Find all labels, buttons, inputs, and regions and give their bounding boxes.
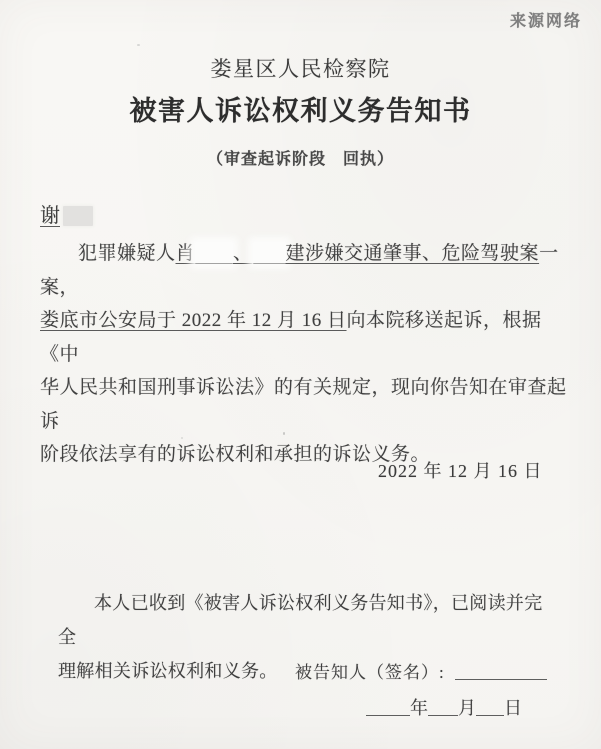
- receipt-line-1: 本人已收到《被害人诉讼权利义务告知书》，已阅读并完全: [58, 586, 558, 654]
- addressee-surname: 谢: [40, 205, 60, 227]
- body-paragraph: 犯罪嫌疑人肖、建涉嫌交通肇事、危险驾驶案一案， 娄底市公安局于 2022 年 1…: [40, 237, 572, 472]
- document-subtitle: （审查起诉阶段 回执）: [0, 146, 601, 169]
- signature-line: 被告知人（签名）:: [295, 658, 547, 683]
- issuing-authority: 娄星区人民检察院: [0, 53, 601, 83]
- addressee-line: 谢: [40, 204, 93, 228]
- suspect1-surname: 肖: [176, 243, 196, 264]
- month-label: 月: [458, 698, 476, 718]
- addressee-name-redaction: [63, 206, 93, 226]
- year-label: 年: [410, 698, 428, 718]
- day-blank: [476, 700, 504, 716]
- body-text: 犯罪嫌疑人: [78, 243, 176, 264]
- source-watermark: 来源网络: [510, 8, 582, 31]
- suspect1-name-redaction: [195, 242, 233, 264]
- body-line-3: 华人民共和国刑事诉讼法》的有关规定，现向你告知在审查起诉: [40, 371, 572, 438]
- date-blank-line: 年月日: [366, 694, 522, 720]
- charge-text: 建涉嫌交通肇事、危险驾驶案: [286, 243, 540, 264]
- suspect2-name-redaction: [253, 242, 286, 264]
- signature-label: 被告知人（签名）:: [295, 663, 445, 682]
- scan-speck: [181, 437, 183, 439]
- document-title: 被害人诉讼权利义务告知书: [0, 89, 601, 128]
- suspect-separator: 、: [233, 243, 253, 264]
- signature-blank: [455, 664, 547, 680]
- receipt-text: 本人已收到《被害人诉讼权利义务告知书》，已阅读并完全: [58, 593, 543, 647]
- day-label: 日: [504, 698, 522, 718]
- scan-speck: [137, 44, 140, 46]
- month-blank: [428, 700, 458, 716]
- body-line-1: 犯罪嫌疑人肖、建涉嫌交通肇事、危险驾驶案一案，: [40, 237, 572, 304]
- document-page: 来源网络 娄星区人民检察院 被害人诉讼权利义务告知书 （审查起诉阶段 回执） 谢…: [0, 0, 601, 749]
- issue-date: 2022 年 12 月 16 日: [378, 457, 543, 483]
- body-line-2: 娄底市公安局于 2022 年 12 月 16 日向本院移送起诉，根据《中: [40, 304, 572, 371]
- transfer-date-underlined: 娄底市公安局于 2022 年 12 月 16 日: [40, 310, 347, 331]
- year-blank: [366, 700, 410, 716]
- scan-speck: [283, 432, 285, 435]
